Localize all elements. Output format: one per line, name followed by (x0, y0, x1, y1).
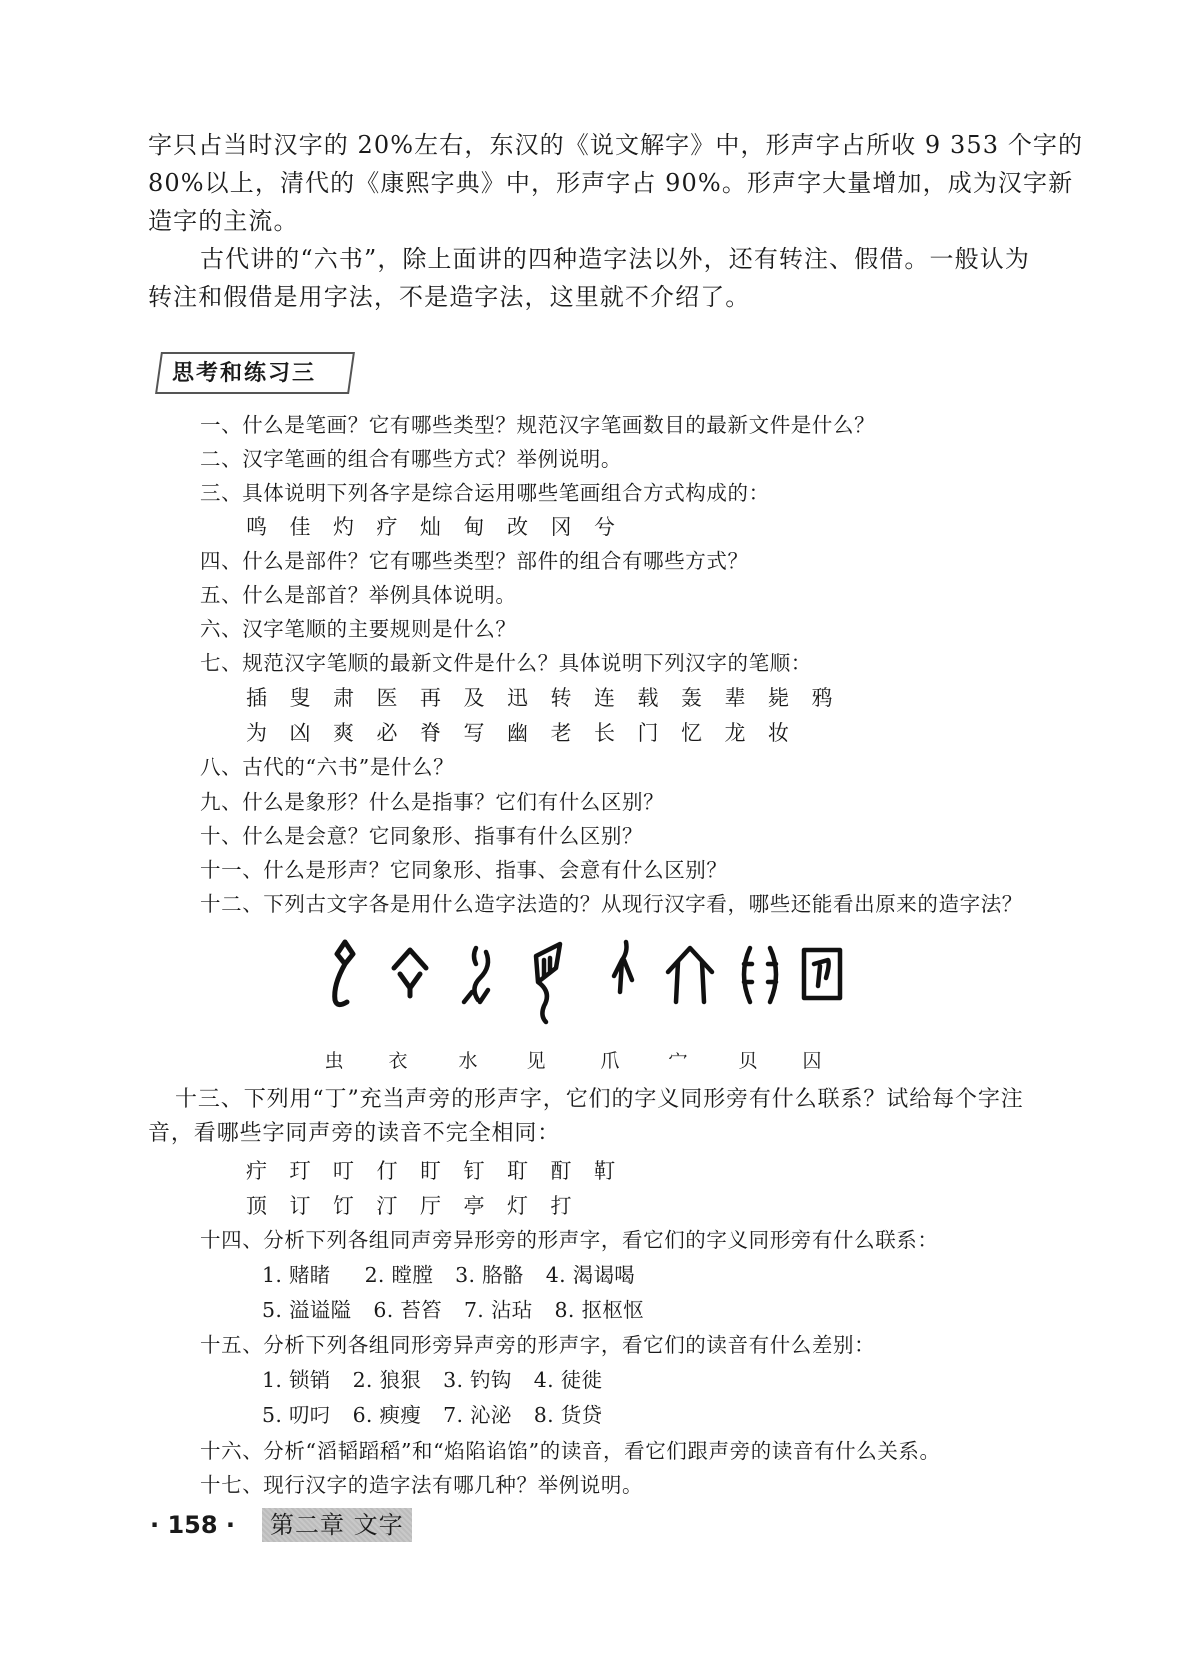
item: 7. 沁泌 (443, 1400, 512, 1430)
char: 轰 (681, 683, 725, 713)
question-8: 八、古代的“六书”是什么？ (200, 752, 454, 782)
glyph-label: 囚 (792, 1048, 832, 1074)
oracle-glyph-mian-icon (660, 930, 720, 1030)
char: 汀 (377, 1191, 421, 1221)
question-7-chars-row2: 为凶爽必脊写幽老长门忆龙妆 (246, 718, 812, 748)
item: 2. 狼狠 (353, 1365, 422, 1395)
char: 饤 (333, 1191, 377, 1221)
char: 甸 (464, 512, 508, 542)
oracle-glyph-yi-icon (380, 930, 440, 1030)
char: 兮 (594, 512, 638, 542)
char: 再 (420, 683, 464, 713)
item: 4. 徒徙 (534, 1365, 603, 1395)
item: 2. 瞠膛 (365, 1260, 434, 1290)
oracle-glyph-zhua-icon (592, 930, 652, 1030)
char: 必 (377, 718, 421, 748)
item: 6. 瘐瘦 (353, 1400, 422, 1430)
char: 亭 (464, 1191, 508, 1221)
question-1: 一、什么是笔画？它有哪些类型？规范汉字笔画数目的最新文件是什么？ (200, 410, 875, 440)
char: 叟 (290, 683, 334, 713)
char: 及 (464, 683, 508, 713)
char: 肃 (333, 683, 377, 713)
char: 门 (638, 718, 682, 748)
char: 写 (464, 718, 508, 748)
char: 长 (594, 718, 638, 748)
char: 灼 (333, 512, 377, 542)
question-10: 十、什么是会意？它同象形、指事有什么区别？ (200, 821, 643, 851)
char: 疗 (377, 512, 421, 542)
char: 幽 (507, 718, 551, 748)
char: 鸣 (246, 512, 290, 542)
char: 疔 (246, 1156, 290, 1186)
char: 插 (246, 683, 290, 713)
oracle-glyph-jian-icon (518, 930, 578, 1030)
oracle-glyph-shui-icon (450, 930, 510, 1030)
question-11: 十一、什么是形声？它同象形、指事、会意有什么区别？ (200, 855, 728, 885)
char: 灿 (420, 512, 464, 542)
oracle-glyph-bei-icon (730, 930, 790, 1030)
glyph-label: 见 (516, 1048, 556, 1074)
char: 载 (638, 683, 682, 713)
char: 厅 (420, 1191, 464, 1221)
exercise-heading: 思考和练习三 (172, 356, 316, 387)
item: 3. 钓钩 (443, 1365, 512, 1395)
glyph-label: 贝 (728, 1048, 768, 1074)
char: 玎 (290, 1156, 334, 1186)
question-7-chars-row1: 插叟肃医再及迅转连载轰辈毙鸦 (246, 683, 855, 713)
question-13-chars-row1: 疔玎叮仃盯钉耵酊靪 (246, 1156, 638, 1186)
item: 1. 赌睹 (262, 1260, 331, 1290)
char: 叮 (333, 1156, 377, 1186)
glyph-label: 爪 (590, 1048, 630, 1074)
question-3-chars: 鸣佳灼疗灿甸改冈兮 (246, 512, 638, 542)
question-15-items-row2: 5. 叨叼6. 瘐瘦7. 沁泌8. 货贷 (262, 1400, 624, 1430)
char: 龙 (725, 718, 769, 748)
item: 8. 抠枢怄 (555, 1295, 644, 1325)
question-13-chars-row2: 顶订饤汀厅亭灯打 (246, 1191, 594, 1221)
char: 连 (594, 683, 638, 713)
char: 毙 (768, 683, 812, 713)
question-6: 六、汉字笔顺的主要规则是什么？ (200, 614, 517, 644)
question-2: 二、汉字笔画的组合有哪些方式？举例说明。 (200, 444, 622, 474)
question-3: 三、具体说明下列各字是综合运用哪些笔画组合方式构成的： (200, 478, 770, 508)
char: 订 (290, 1191, 334, 1221)
chapter-label: 第二章 文字 (262, 1508, 412, 1542)
question-15: 十五、分析下列各组同形旁异声旁的形声字，看它们的读音有什么差别： (200, 1330, 875, 1360)
glyph-label: 宀 (658, 1048, 698, 1074)
item: 7. 沾玷 (464, 1295, 533, 1325)
question-13-continued: 音，看哪些字同声旁的读音不完全相同： (148, 1119, 560, 1149)
item: 3. 胳骼 (455, 1260, 524, 1290)
char: 耵 (507, 1156, 551, 1186)
char: 冈 (551, 512, 595, 542)
ancient-glyph-row (300, 930, 860, 1030)
oracle-glyph-chong-icon (315, 930, 375, 1030)
question-15-items-row1: 1. 锁销2. 狼狠3. 钓钩4. 徒徙 (262, 1365, 624, 1395)
question-17: 十七、现行汉字的造字法有哪几种？举例说明。 (200, 1470, 643, 1500)
question-9: 九、什么是象形？什么是指事？它们有什么区别？ (200, 787, 664, 817)
char: 佳 (290, 512, 334, 542)
paragraph-line: 古代讲的“六书”，除上面讲的四种造字法以外，还有转注、假借。一般认为 (200, 244, 1030, 274)
item: 4. 渴谒喝 (546, 1260, 635, 1290)
question-5: 五、什么是部首？举例具体说明。 (200, 580, 517, 610)
char: 盯 (420, 1156, 464, 1186)
char: 凶 (290, 718, 334, 748)
char: 钉 (464, 1156, 508, 1186)
item: 5. 溢谥隘 (262, 1295, 351, 1325)
glyph-label: 水 (448, 1048, 488, 1074)
glyph-label: 虫 (314, 1048, 354, 1074)
paragraph-line: 转注和假借是用字法，不是造字法，这里就不介绍了。 (148, 282, 750, 312)
char: 妆 (768, 718, 812, 748)
char: 顶 (246, 1191, 290, 1221)
char: 老 (551, 718, 595, 748)
oracle-glyph-qiu-icon (792, 930, 852, 1030)
paragraph-line: 造字的主流。 (148, 206, 299, 236)
char: 爽 (333, 718, 377, 748)
item: 5. 叨叼 (262, 1400, 331, 1430)
question-14-items-row1: 1. 赌睹2. 瞠膛3. 胳骼4. 渴谒喝 (262, 1260, 657, 1290)
char: 忆 (681, 718, 725, 748)
item: 1. 锁销 (262, 1365, 331, 1395)
char: 转 (551, 683, 595, 713)
paragraph-line: 字只占当时汉字的 20%左右，东汉的《说文解字》中，形声字占所收 9 353 个… (148, 130, 1083, 160)
char: 打 (551, 1191, 595, 1221)
char: 靪 (594, 1156, 638, 1186)
question-4: 四、什么是部件？它有哪些类型？部件的组合有哪些方式？ (200, 546, 749, 576)
item: 8. 货贷 (534, 1400, 603, 1430)
char: 改 (507, 512, 551, 542)
paragraph-line: 80%以上，清代的《康熙字典》中，形声字占 90%。形声字大量增加，成为汉字新 (148, 168, 1073, 198)
question-13: 十三、下列用“丁”充当声旁的形声字，它们的字义同形旁有什么联系？试给每个字注 (175, 1085, 1024, 1115)
char: 辈 (725, 683, 769, 713)
char: 迅 (507, 683, 551, 713)
question-12: 十二、下列古文字各是用什么造字法造的？从现行汉字看，哪些还能看出原来的造字法？ (200, 889, 1023, 919)
textbook-page: 字只占当时汉字的 20%左右，东汉的《说文解字》中，形声字占所收 9 353 个… (0, 0, 1200, 1669)
question-7: 七、规范汉字笔顺的最新文件是什么？具体说明下列汉字的笔顺： (200, 648, 812, 678)
char: 医 (377, 683, 421, 713)
char: 仃 (377, 1156, 421, 1186)
char: 鸦 (812, 683, 856, 713)
char: 脊 (420, 718, 464, 748)
question-16: 十六、分析“滔韬蹈稻”和“焰陷谄馅”的读音，看它们跟声旁的读音有什么关系。 (200, 1436, 941, 1466)
page-number: · 158 · (150, 1511, 235, 1539)
question-14-items-row2: 5. 溢谥隘6. 苔笞7. 沾玷8. 抠枢怄 (262, 1295, 666, 1325)
char: 为 (246, 718, 290, 748)
char: 灯 (507, 1191, 551, 1221)
char: 酊 (551, 1156, 595, 1186)
glyph-label: 衣 (378, 1048, 418, 1074)
question-14: 十四、分析下列各组同声旁异形旁的形声字，看它们的字义同形旁有什么联系： (200, 1225, 939, 1255)
item: 6. 苔笞 (373, 1295, 442, 1325)
